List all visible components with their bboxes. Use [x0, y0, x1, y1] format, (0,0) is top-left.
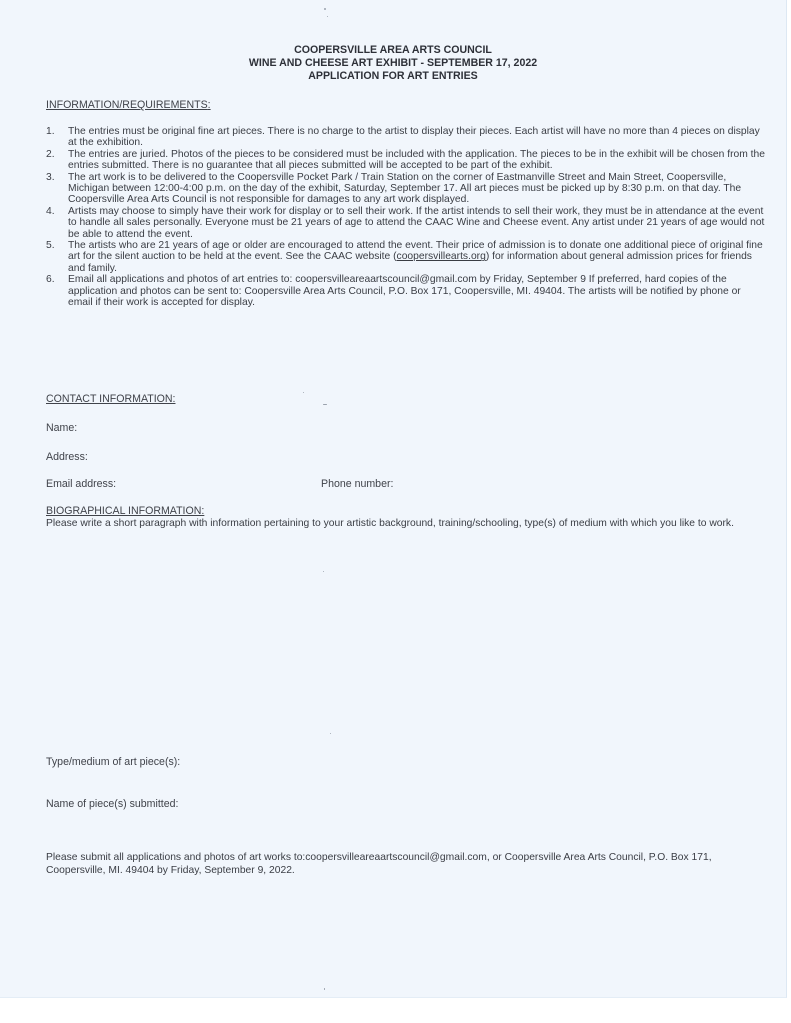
scan-speck: [330, 733, 331, 734]
piece-names-field-label: Name of piece(s) submitted:: [46, 798, 178, 810]
bio-response-area[interactable]: [46, 550, 766, 740]
submission-instructions: Please submit all applications and photo…: [46, 852, 766, 877]
document-header: COOPERSVILLE AREA ARTS COUNCIL WINE AND …: [0, 44, 786, 83]
scan-speck: [324, 8, 326, 10]
medium-field-label: Type/medium of art piece(s):: [46, 756, 180, 768]
contact-heading: CONTACT INFORMATION:: [46, 393, 175, 405]
website-link[interactable]: coopersvillearts.org: [397, 251, 486, 262]
scan-speck: [303, 392, 304, 393]
event-title: WINE AND CHEESE ART EXHIBIT - SEPTEMBER …: [0, 57, 786, 70]
requirement-item: 2.The entries are juried. Photos of the …: [46, 149, 766, 172]
scanned-page: COOPERSVILLE AREA ARTS COUNCIL WINE AND …: [0, 0, 787, 998]
phone-field-label: Phone number:: [321, 478, 393, 490]
requirement-item: 4.Artists may choose to simply have thei…: [46, 206, 766, 240]
requirement-item: 5.The artists who are 21 years of age or…: [46, 240, 766, 274]
requirements-list: 1.The entries must be original fine art …: [46, 126, 766, 309]
scan-speck: [323, 571, 324, 572]
requirements-heading: INFORMATION/REQUIREMENTS:: [46, 99, 211, 111]
scan-speck: [323, 404, 327, 405]
scan-speck: [327, 16, 328, 17]
requirement-item: 6.Email all applications and photos of a…: [46, 274, 766, 308]
requirement-item: 3.The art work is to be delivered to the…: [46, 172, 766, 206]
email-field-label: Email address:: [46, 478, 116, 490]
bio-instructions: Please write a short paragraph with info…: [46, 518, 766, 531]
org-name: COOPERSVILLE AREA ARTS COUNCIL: [0, 44, 786, 57]
bio-heading: BIOGRAPHICAL INFORMATION:: [46, 505, 204, 517]
requirement-item: 1.The entries must be original fine art …: [46, 126, 766, 149]
form-title: APPLICATION FOR ART ENTRIES: [0, 70, 786, 83]
scan-speck: [324, 988, 325, 990]
name-field-label: Name:: [46, 422, 77, 434]
address-field-label: Address:: [46, 451, 88, 463]
